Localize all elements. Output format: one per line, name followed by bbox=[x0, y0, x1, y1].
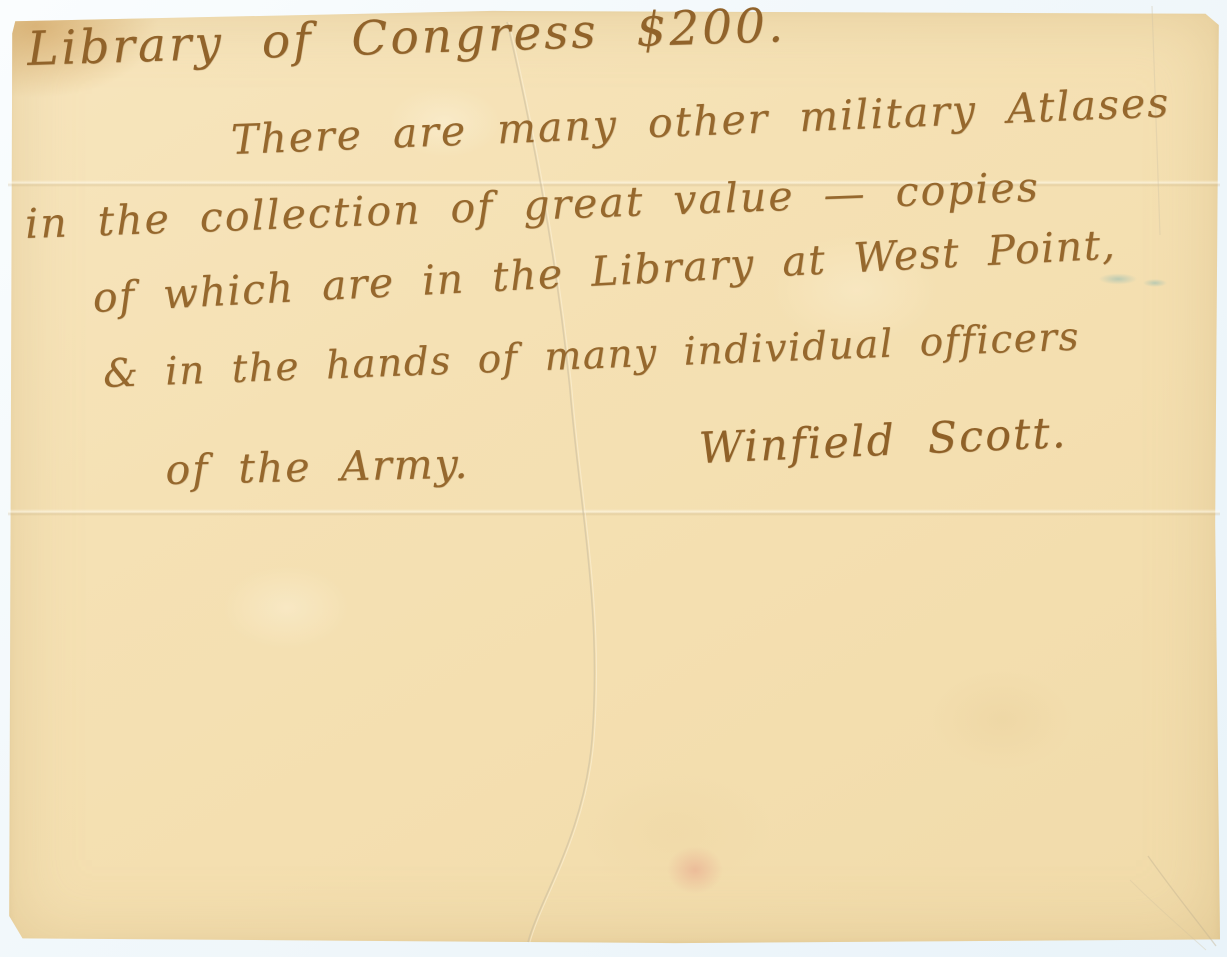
scanned-document: Library of Congress $200. There are many… bbox=[0, 0, 1227, 957]
horizontal-fold-crease-lower bbox=[8, 509, 1220, 516]
red-offset-stain bbox=[660, 840, 730, 900]
handwritten-line-6: of the Army. bbox=[165, 440, 470, 494]
blue-offset-stain-2 bbox=[1140, 278, 1170, 288]
blue-offset-stain-1 bbox=[1094, 272, 1142, 286]
